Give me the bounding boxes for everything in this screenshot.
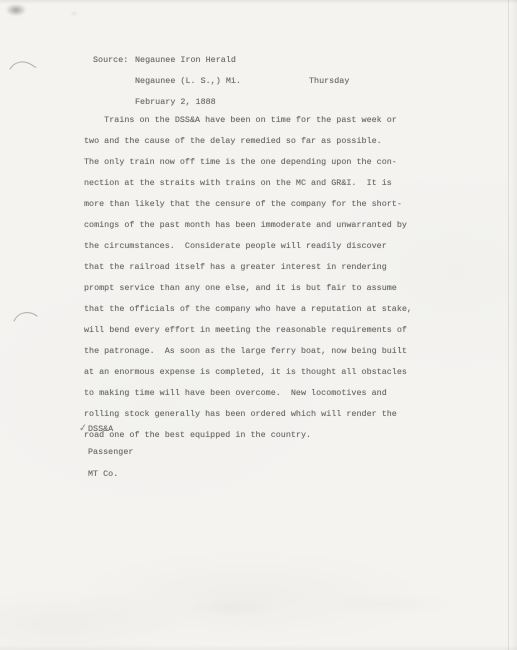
- scan-corner-smudge: [4, 3, 28, 17]
- pencil-arc-mark-middle: [12, 308, 42, 325]
- article-body: Trains on the DSS&A have been on time fo…: [84, 115, 412, 441]
- source-citation: Negaunee Iron Herald Negaunee (L. S.,) M…: [135, 55, 241, 108]
- article-line: that the officials of the company who ha…: [84, 304, 412, 314]
- article-line: will bend every effort in meeting the re…: [84, 325, 407, 335]
- article-line: comings of the past month has been immod…: [84, 220, 407, 230]
- scan-bottom-mottle: [0, 588, 517, 628]
- scanned-document-page: Source: Negaunee Iron Herald Negaunee (L…: [0, 0, 517, 650]
- scan-dot-smudge: [69, 10, 79, 17]
- signoff-company: MT Co.: [88, 469, 118, 479]
- source-label: Source:: [93, 55, 128, 66]
- article-line: nection at the straits with trains on th…: [84, 178, 392, 188]
- pencil-check-mark: ✓: [78, 423, 87, 435]
- article-line: that the railroad itself has a greater i…: [84, 262, 387, 272]
- article-line: two and the cause of the delay remedied …: [84, 136, 382, 146]
- pencil-arc-mark-top: [8, 57, 38, 73]
- article-line: the circumstances. Considerate people wi…: [84, 241, 387, 251]
- article-line: The only train now off time is the one d…: [84, 157, 397, 167]
- article-line: Trains on the DSS&A have been on time fo…: [84, 115, 397, 125]
- scan-edge-line: [508, 0, 509, 650]
- source-date: February 2, 1888: [135, 97, 216, 107]
- article-line: prompt service than any one else, and it…: [84, 283, 397, 293]
- article-line: rolling stock generally has been ordered…: [84, 409, 397, 419]
- weekday-label: Thursday: [309, 76, 349, 87]
- article-line: to making time will have been overcome. …: [84, 388, 387, 398]
- article-line: at an enormous expense is completed, it …: [84, 367, 407, 377]
- filing-signoff: DSS&A Passenger MT Co.: [88, 424, 133, 480]
- article-line: more than likely that the censure of the…: [84, 199, 402, 209]
- article-line: the patronage. As soon as the large ferr…: [84, 346, 407, 356]
- source-place: Negaunee (L. S.,) Mi.: [135, 76, 241, 86]
- signoff-category: Passenger: [88, 447, 133, 457]
- source-publication: Negaunee Iron Herald: [135, 55, 236, 65]
- signoff-railroad: DSS&A: [88, 424, 113, 434]
